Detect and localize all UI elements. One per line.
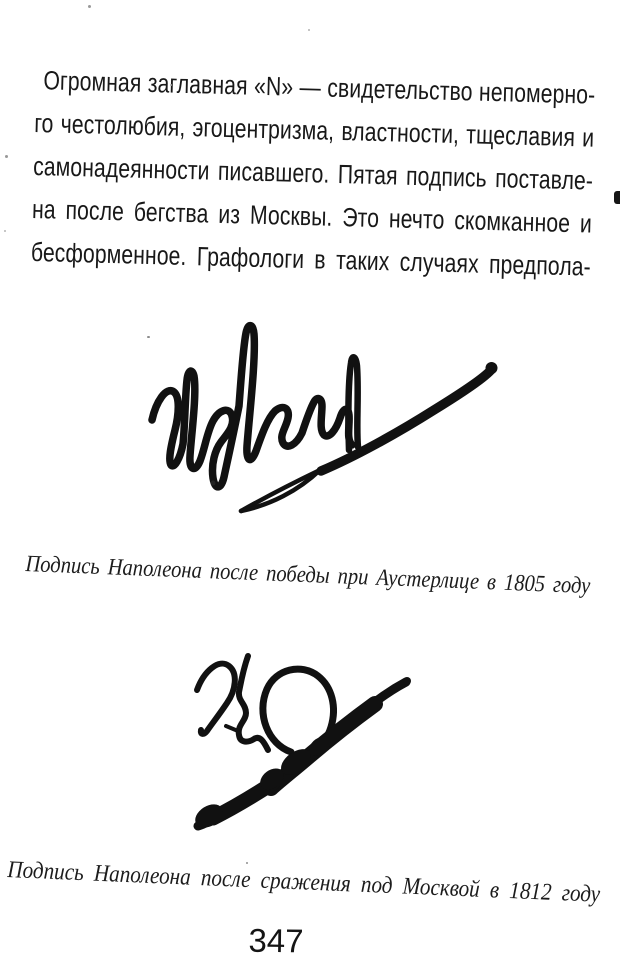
signature-spike bbox=[348, 357, 358, 450]
scan-edge-artifact bbox=[614, 191, 620, 204]
scan-speck bbox=[308, 29, 310, 31]
paragraph: Огромная заглавная «N» — свидетельство н… bbox=[30, 59, 620, 292]
book-page: Огромная заглавная «N» — свидетельство н… bbox=[0, 0, 620, 971]
scan-speck bbox=[88, 5, 91, 8]
figure-caption-1812: Подпись Наполеона после сражения под Мос… bbox=[7, 857, 601, 909]
signature-hump bbox=[197, 664, 235, 734]
scan-speck bbox=[246, 862, 248, 864]
figure-caption-1805: Подпись Наполеона после победы при Аусте… bbox=[25, 551, 591, 600]
napoleon-signature-1812-image bbox=[163, 638, 463, 848]
signature-pen-nib-upper bbox=[241, 470, 320, 511]
scan-speck bbox=[4, 230, 6, 232]
scan-speck bbox=[170, 84, 172, 86]
napoleon-signature-1805-image bbox=[138, 318, 518, 523]
scan-speck bbox=[147, 336, 150, 338]
signature-scrawl bbox=[152, 326, 352, 487]
signature-tick bbox=[226, 726, 238, 731]
ink-dot bbox=[211, 481, 216, 486]
flourish-end-blob bbox=[486, 362, 498, 374]
scan-speck bbox=[5, 155, 8, 158]
page-number: 347 bbox=[243, 922, 310, 961]
